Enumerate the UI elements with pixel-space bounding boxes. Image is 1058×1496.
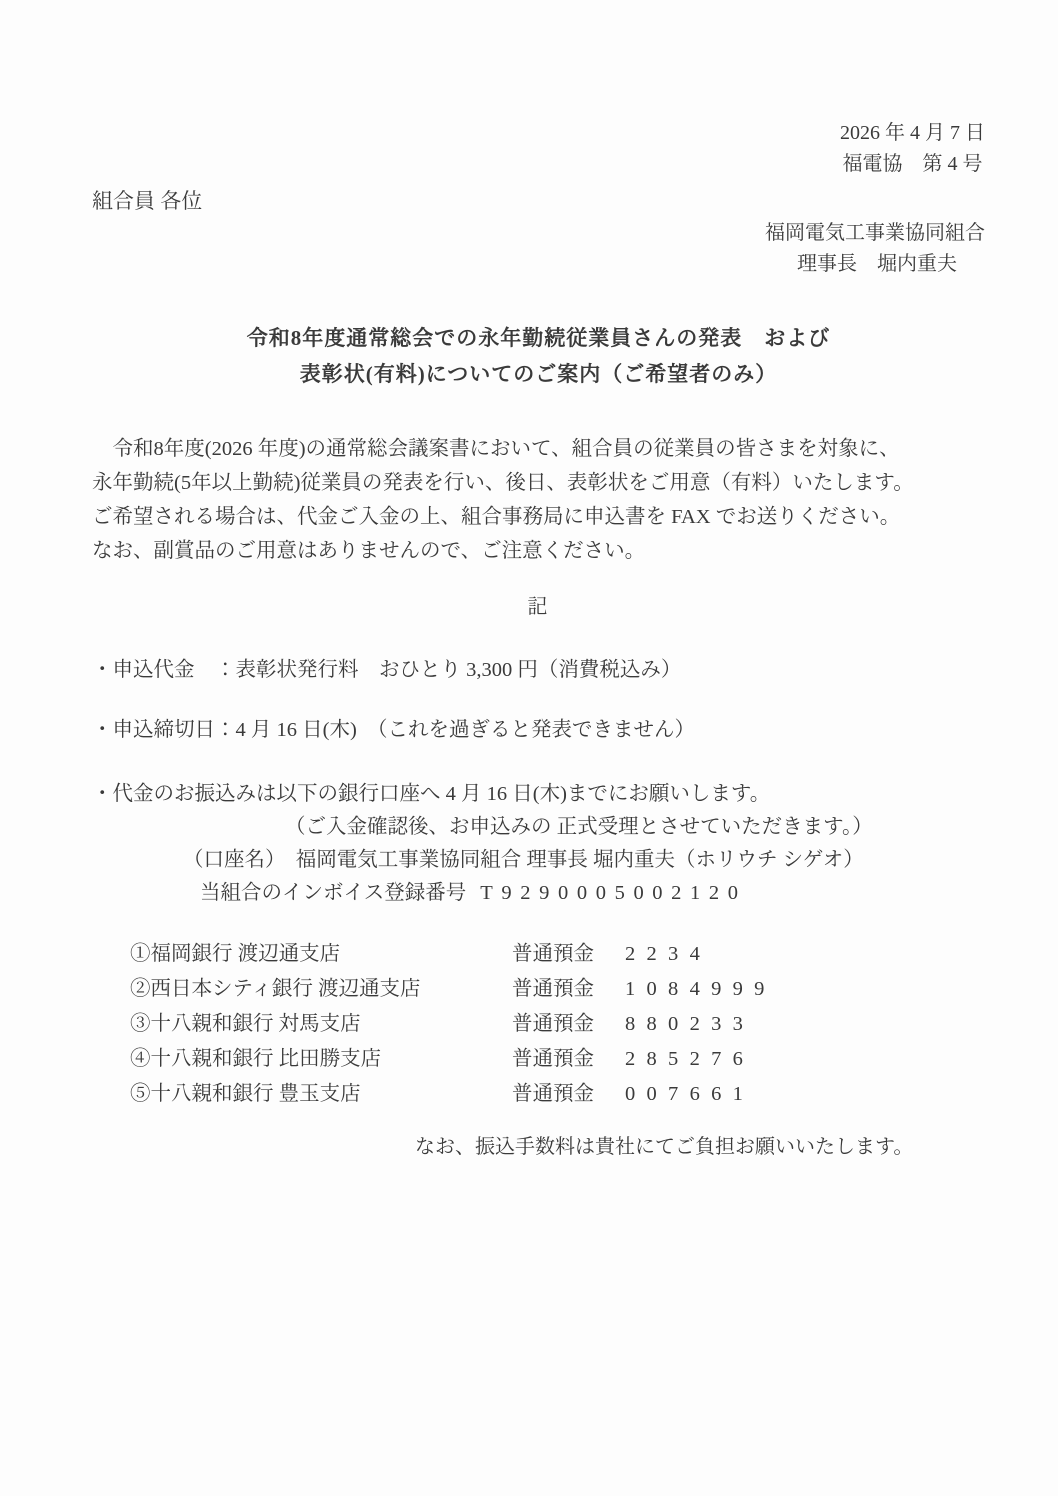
bank-row: ②西日本シティ銀行 渡辺通支店 普通預金 1084999 [130,972,985,1007]
title-line-2: 表彰状(有料)についてのご案内（ご希望者のみ） [92,356,985,392]
document-header-right: 2026 年 4 月 7 日 福電協 第 4 号 [92,118,985,180]
transfer-line: ・代金のお振込みは以下の銀行口座へ 4 月 16 日(木)までにお願いします。 [92,778,985,811]
account-number: 880233 [625,1007,754,1042]
body-line: なお、副賞品のご用意はありませんので、ご注意ください。 [92,534,985,568]
issuer-block: 福岡電気工事業協同組合 理事長 堀内重夫 [92,218,985,280]
doc-date: 2026 年 4 月 7 日 [840,118,985,149]
bank-name: ②西日本シティ銀行 渡辺通支店 [130,972,512,1007]
fee-line: ・申込代金 ：表彰状発行料 おひとり 3,300 円（消費税込み） [92,654,985,687]
account-number: 285276 [625,1042,754,1077]
bank-row: ①福岡銀行 渡辺通支店 普通預金 2234 [130,937,985,972]
account-number: 2234 [625,937,711,972]
sender-name: 理事長 堀内重夫 [92,249,985,280]
doc-number: 福電協 第 4 号 [840,149,985,180]
document-title: 令和8年度通常総会での永年勤続従業員さんの発表 および 表彰状(有料)についての… [92,320,985,392]
body-line: 永年勤続(5年以上勤続)従業員の発表を行い、後日、表彰状をご用意（有料）いたしま… [92,466,985,500]
account-type: 普通預金 [512,1042,625,1077]
deadline-line: ・申込締切日：4 月 16 日(木) （これを過ぎると発表できません） [92,714,985,747]
bank-account-list: ①福岡銀行 渡辺通支店 普通預金 2234 ②西日本シティ銀行 渡辺通支店 普通… [92,937,985,1112]
bank-name: ①福岡銀行 渡辺通支店 [130,937,512,972]
account-number: 1084999 [625,972,776,1007]
title-line-1: 令和8年度通常総会での永年勤続従業員さんの発表 および [92,320,985,356]
bank-name: ⑤十八親和銀行 豊玉支店 [130,1077,512,1112]
account-name-line: （口座名） 福岡電気工事業協同組合 理事長 堀内重夫（ホリウチ シゲオ） [92,844,985,877]
footer-note: なお、振込手数料は貴社にてご負担お願いいたします。 [92,1131,985,1164]
body-paragraph: 令和8年度(2026 年度)の通常総会議案書において、組合員の従業員の皆さまを対… [92,432,985,568]
body-line: ご希望される場合は、代金ご入金の上、組合事務局に申込書を FAX でお送りくださ… [92,500,985,534]
account-type: 普通預金 [512,1007,625,1042]
body-line: 令和8年度(2026 年度)の通常総会議案書において、組合員の従業員の皆さまを対… [92,432,985,466]
bank-row: ③十八親和銀行 対馬支店 普通預金 880233 [130,1007,985,1042]
invoice-line: 当組合のインボイス登録番号T9290005002120 [92,877,985,910]
account-number: 007661 [625,1077,754,1112]
bank-row: ⑤十八親和銀行 豊玉支店 普通預金 007661 [130,1077,985,1112]
recipient: 組合員 各位 [92,186,985,216]
invoice-label: 当組合のインボイス登録番号 [200,882,466,904]
account-type: 普通預金 [512,1077,625,1112]
document-page: 2026 年 4 月 7 日 福電協 第 4 号 組合員 各位 福岡電気工事業協… [0,0,1058,1496]
invoice-number: T9290005002120 [466,882,746,904]
organization-name: 福岡電気工事業協同組合 [92,218,985,249]
bank-name: ④十八親和銀行 比田勝支店 [130,1042,512,1077]
account-type: 普通預金 [512,937,625,972]
ki-marker: 記 [92,590,985,624]
bank-name: ③十八親和銀行 対馬支店 [130,1007,512,1042]
transfer-note-line: （ご入金確認後、お申込みの 正式受理とさせていただきます。） [92,811,985,844]
bank-row: ④十八親和銀行 比田勝支店 普通預金 285276 [130,1042,985,1077]
account-type: 普通預金 [512,972,625,1007]
